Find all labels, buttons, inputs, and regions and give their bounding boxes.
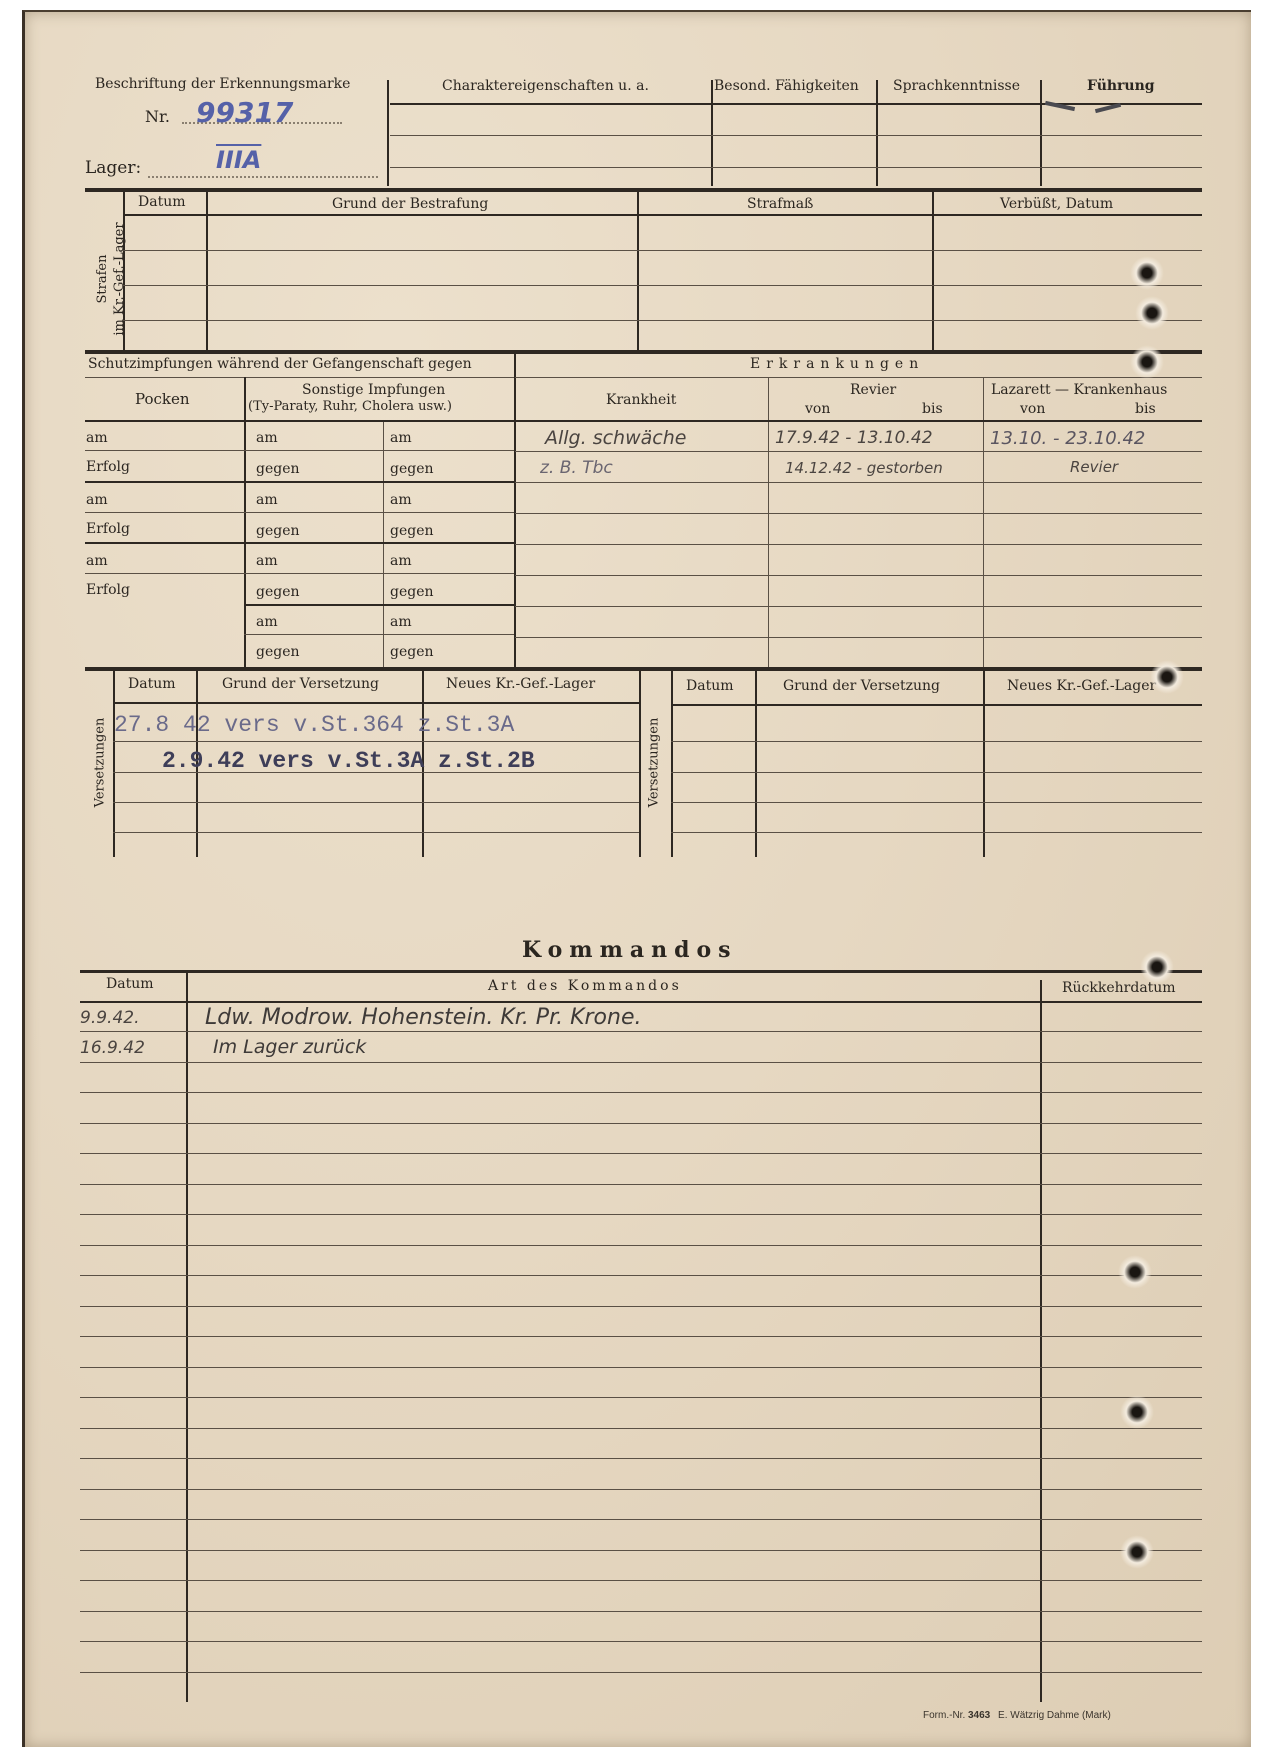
rule: [80, 1001, 1202, 1003]
divider: [671, 671, 673, 857]
transfer-stamp-2: 2.9.42 vers v.St.3A z.St.2B: [162, 748, 535, 774]
rule: [80, 1397, 1202, 1398]
kommando-header-date: Datum: [106, 976, 154, 992]
divider: [711, 80, 713, 186]
illness-title: Erkrankungen: [750, 356, 924, 372]
rule: [80, 1611, 1202, 1612]
other-row: am: [390, 553, 412, 569]
other-row: am: [256, 614, 278, 630]
other-row: gegen: [256, 584, 300, 600]
nr-label: Nr.: [145, 107, 170, 126]
rule: [85, 450, 244, 451]
other-row: gegen: [390, 523, 434, 539]
revier-von: von: [805, 401, 830, 417]
illness-disease: z. B. Tbc: [540, 458, 613, 478]
pocken-row: am: [86, 553, 108, 569]
rule: [671, 704, 1202, 706]
other-row: am: [390, 492, 412, 508]
other-row: am: [256, 430, 278, 446]
other-row: gegen: [256, 644, 300, 660]
transfer-header-reason: Grund der Versetzung: [222, 676, 379, 692]
lager-dotted-line: [148, 176, 378, 178]
rule: [515, 637, 1202, 638]
illness-revier: 17.9.42 - 13.10.42: [775, 428, 933, 448]
rule: [85, 481, 515, 483]
col-abilities: Besond. Fähigkeiten: [714, 78, 859, 94]
rule: [515, 575, 1202, 576]
kommando-type: Ldw. Modrow. Hohenstein. Kr. Pr. Krone.: [205, 1005, 642, 1030]
rule: [80, 1092, 1202, 1093]
section-rule: [85, 667, 1202, 671]
rule: [85, 377, 515, 378]
rule: [244, 512, 514, 513]
rule: [85, 542, 515, 544]
other-row: gegen: [256, 461, 300, 477]
rule: [80, 1214, 1202, 1215]
rule: [80, 1275, 1202, 1276]
nr-value: 99317: [196, 96, 293, 129]
id-title: Beschriftung der Erkennungsmarke: [95, 76, 350, 92]
rule: [515, 513, 1202, 514]
rule: [244, 634, 514, 635]
rule: [515, 451, 1202, 452]
pocken-row: Erfolg: [86, 521, 130, 537]
pocken-row: Erfolg: [86, 582, 130, 598]
printer: E. Wätzrig Dahme (Mark): [998, 1710, 1111, 1721]
other-row: am: [256, 553, 278, 569]
illness-disease: Allg. schwäche: [545, 427, 686, 449]
rule: [515, 606, 1202, 607]
section-rule: [80, 970, 1202, 973]
divider: [113, 671, 115, 857]
punch-hole: [1120, 1535, 1154, 1569]
transfer-header-camp: Neues Kr.-Gef.-Lager: [446, 676, 595, 692]
punch-hole: [1140, 950, 1174, 984]
rule: [80, 1153, 1202, 1154]
rule: [80, 1062, 1202, 1063]
rule: [80, 1519, 1202, 1520]
punish-header-date: Datum: [138, 194, 186, 210]
other-row: gegen: [256, 523, 300, 539]
other-row: am: [256, 492, 278, 508]
form-label: Form.-Nr.: [923, 1710, 965, 1721]
rule: [113, 702, 639, 704]
divider: [876, 80, 878, 186]
rule: [123, 320, 1202, 321]
col-lazarett: Lazarett — Krankenhaus: [991, 382, 1167, 398]
divider: [387, 80, 389, 186]
form-footer: Form.-Nr. 3463 E. Wätzrig Dahme (Mark): [923, 1710, 1111, 1721]
rule: [390, 135, 1202, 136]
divider: [983, 671, 985, 857]
col-disease: Krankheit: [606, 392, 676, 408]
other-row: gegen: [390, 461, 434, 477]
revier-bis: bis: [922, 401, 943, 417]
pocken-row: am: [86, 492, 108, 508]
rule: [390, 167, 1202, 168]
rule: [515, 377, 1202, 378]
rule: [671, 832, 1202, 833]
col-other-1: Sonstige Impfungen: [302, 382, 445, 398]
punch-hole: [1135, 296, 1169, 330]
pocken-row: Erfolg: [86, 459, 130, 475]
side-label-line: Strafen: [94, 214, 111, 344]
transfers-side-label-left: Versetzungen: [93, 713, 108, 813]
rule: [80, 1123, 1202, 1124]
col-other-2: (Ty-Paraty, Ruhr, Cholera usw.): [248, 399, 452, 414]
transfer-stamp-1: 27.8 42 vers v.St.364 z.St.3A: [114, 712, 514, 738]
staple-mark: [1045, 102, 1135, 112]
rule: [85, 512, 244, 513]
rule: [515, 544, 1202, 545]
form-number: 3463: [968, 1710, 990, 1721]
rule: [80, 1672, 1202, 1673]
punch-hole: [1120, 1395, 1154, 1429]
kommandos-title: Kommandos: [522, 937, 738, 963]
rule: [80, 1184, 1202, 1185]
divider: [514, 350, 516, 667]
lager-label: Lager:: [85, 158, 141, 178]
other-row: gegen: [390, 644, 434, 660]
illness-revier: 14.12.42 - gestorben: [785, 459, 943, 477]
col-conduct: Führung: [1087, 78, 1155, 94]
rule: [80, 1489, 1202, 1490]
section-rule: [85, 188, 1202, 192]
punch-hole: [1130, 345, 1164, 379]
rule: [80, 1428, 1202, 1429]
rule: [244, 450, 514, 451]
punch-hole: [1118, 1255, 1152, 1289]
lager-value: IIIA: [216, 146, 261, 174]
rule: [671, 741, 1202, 742]
rule: [80, 1336, 1202, 1337]
kommando-header-type: Art des Kommandos: [488, 978, 682, 994]
rule: [113, 802, 639, 803]
rule: [113, 832, 639, 833]
rule: [515, 420, 1202, 422]
rule: [113, 741, 639, 742]
divider: [383, 422, 384, 667]
lazarett-bis: bis: [1135, 401, 1156, 417]
rule: [671, 772, 1202, 773]
pocken-row: am: [86, 430, 108, 446]
rule: [123, 285, 1202, 286]
illness-lazarett: Revier: [1070, 458, 1118, 476]
transfer-header-date: Datum: [128, 676, 176, 692]
col-character: Charaktereigenschaften u. a.: [442, 78, 649, 94]
kommando-date: 16.9.42: [80, 1038, 145, 1058]
transfer-header-camp-2: Neues Kr.-Gef.-Lager: [1007, 678, 1156, 694]
other-row: am: [390, 430, 412, 446]
transfer-header-date-2: Datum: [686, 678, 734, 694]
side-label-line: im Kr.-Gef.-Lager: [111, 214, 128, 344]
rule: [244, 573, 514, 574]
rule: [80, 1245, 1202, 1246]
rule: [123, 250, 1202, 251]
col-languages: Sprachkenntnisse: [893, 78, 1020, 94]
section-rule: [85, 350, 1202, 354]
rule: [244, 604, 514, 606]
rule: [515, 482, 1202, 483]
divider: [1040, 80, 1042, 186]
transfers-side-label-right: Versetzungen: [647, 713, 662, 813]
transfer-header-reason-2: Grund der Versetzung: [783, 678, 940, 694]
rule: [80, 1031, 1202, 1032]
punish-header-measure: Strafmaß: [747, 196, 813, 212]
punch-hole: [1150, 660, 1184, 694]
divider: [755, 671, 757, 857]
rule: [85, 420, 515, 422]
other-row: am: [390, 614, 412, 630]
rule: [671, 802, 1202, 803]
rule: [123, 214, 1202, 216]
divider: [639, 671, 641, 857]
rule: [80, 1550, 1202, 1551]
divider: [1040, 980, 1042, 1702]
vaccination-title: Schutzimpfungen während der Gefangenscha…: [88, 356, 472, 372]
other-row: gegen: [390, 584, 434, 600]
rule: [80, 1458, 1202, 1459]
punish-header-reason: Grund der Bestrafung: [332, 196, 488, 212]
rule: [80, 1580, 1202, 1581]
punch-hole: [1130, 256, 1164, 290]
kommando-date: 9.9.42.: [80, 1008, 139, 1028]
rule: [80, 1367, 1202, 1368]
kommando-type: Im Lager zurück: [213, 1036, 366, 1058]
lazarett-von: von: [1020, 401, 1045, 417]
punish-header-served: Verbüßt, Datum: [1000, 196, 1113, 212]
illness-lazarett: 13.10. - 23.10.42: [990, 428, 1145, 449]
rule: [80, 1641, 1202, 1642]
rule: [85, 573, 244, 574]
rule: [80, 1306, 1202, 1307]
col-revier: Revier: [850, 382, 896, 398]
col-pocken: Pocken: [135, 390, 190, 408]
